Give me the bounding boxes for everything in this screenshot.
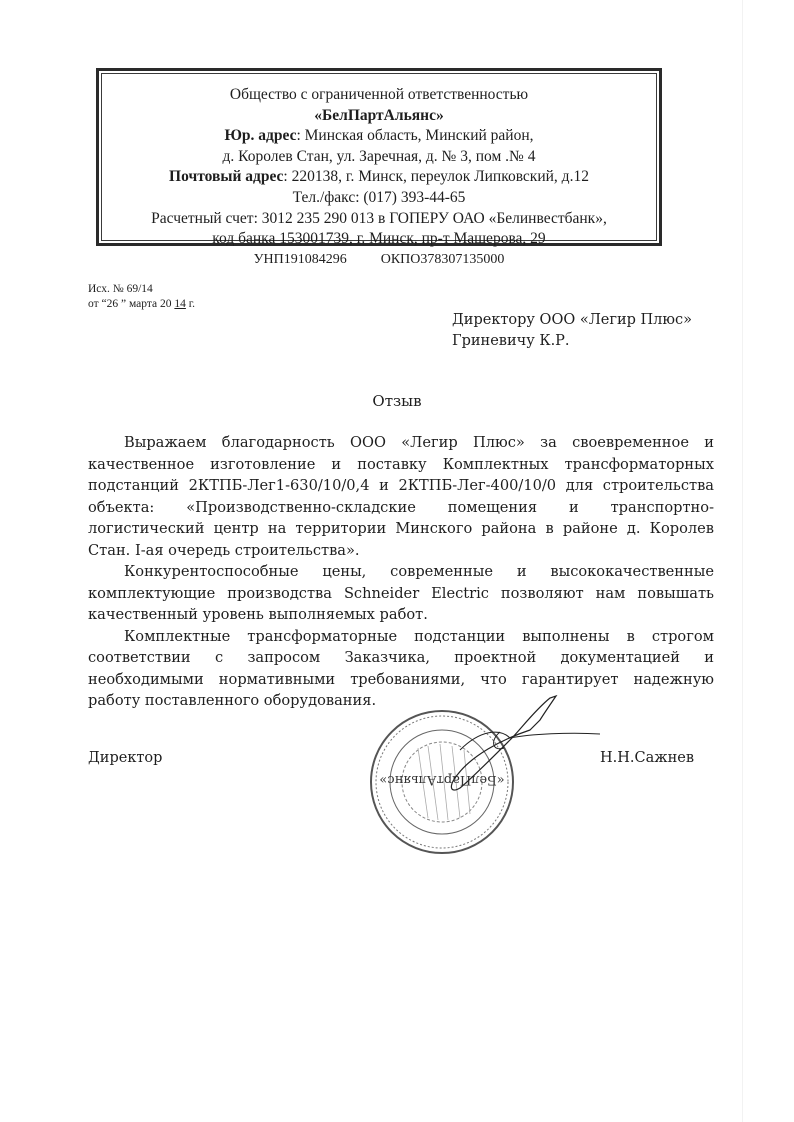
phone-fax: Тел./факс: (017) 393-44-65 — [99, 188, 659, 209]
document-title: Отзыв — [0, 392, 794, 410]
handwritten-signature — [440, 690, 620, 800]
letterhead: Общество с ограниченной ответственностью… — [99, 85, 659, 270]
legal-address-line2: д. Королев Стан, ул. Заречная, д. № 3, п… — [99, 147, 659, 168]
bank-account: Расчетный счет: 3012 235 290 013 в ГОПЕР… — [99, 209, 659, 230]
addressee: Директору ООО «Легир Плюс» Гриневичу К.Р… — [452, 310, 692, 352]
scan-artifact — [742, 0, 743, 1122]
paragraph: Конкурентоспособные цены, современные и … — [88, 561, 714, 626]
addressee-name: Гриневичу К.Р. — [452, 331, 692, 352]
org-type: Общество с ограниченной ответственностью — [99, 85, 659, 106]
signatory-position: Директор — [88, 750, 162, 766]
legal-address: Юр. адрес: Минская область, Минский райо… — [99, 126, 659, 147]
letter-body: Выражаем благодарность ООО «Легир Плюс» … — [88, 432, 714, 712]
paragraph: Выражаем благодарность ООО «Легир Плюс» … — [88, 432, 714, 561]
paragraph: Комплектные трансформаторные подстанции … — [88, 626, 714, 712]
unp: УНП191084296 — [254, 252, 347, 267]
outgoing-number: Исх. № 69/14 — [88, 282, 195, 297]
registration-numbers: УНП191084296ОКПО378307135000 — [99, 250, 659, 271]
letterhead-frame: Общество с ограниченной ответственностью… — [96, 68, 662, 246]
outgoing-reference: Исх. № 69/14 от “26 ” марта 20 14 г. — [88, 282, 195, 312]
org-name: «БелПартАльянс» — [99, 106, 659, 127]
bank-code: код банка 153001739, г. Минск, пр-т Маше… — [99, 229, 659, 250]
okpo: ОКПО378307135000 — [381, 252, 505, 267]
signatory-name: Н.Н.Сажнев — [600, 750, 694, 766]
addressee-position: Директору ООО «Легир Плюс» — [452, 310, 692, 331]
outgoing-date: от “26 ” марта 20 14 г. — [88, 297, 195, 312]
postal-address: Почтовый адрес: 220138, г. Минск, переул… — [99, 167, 659, 188]
